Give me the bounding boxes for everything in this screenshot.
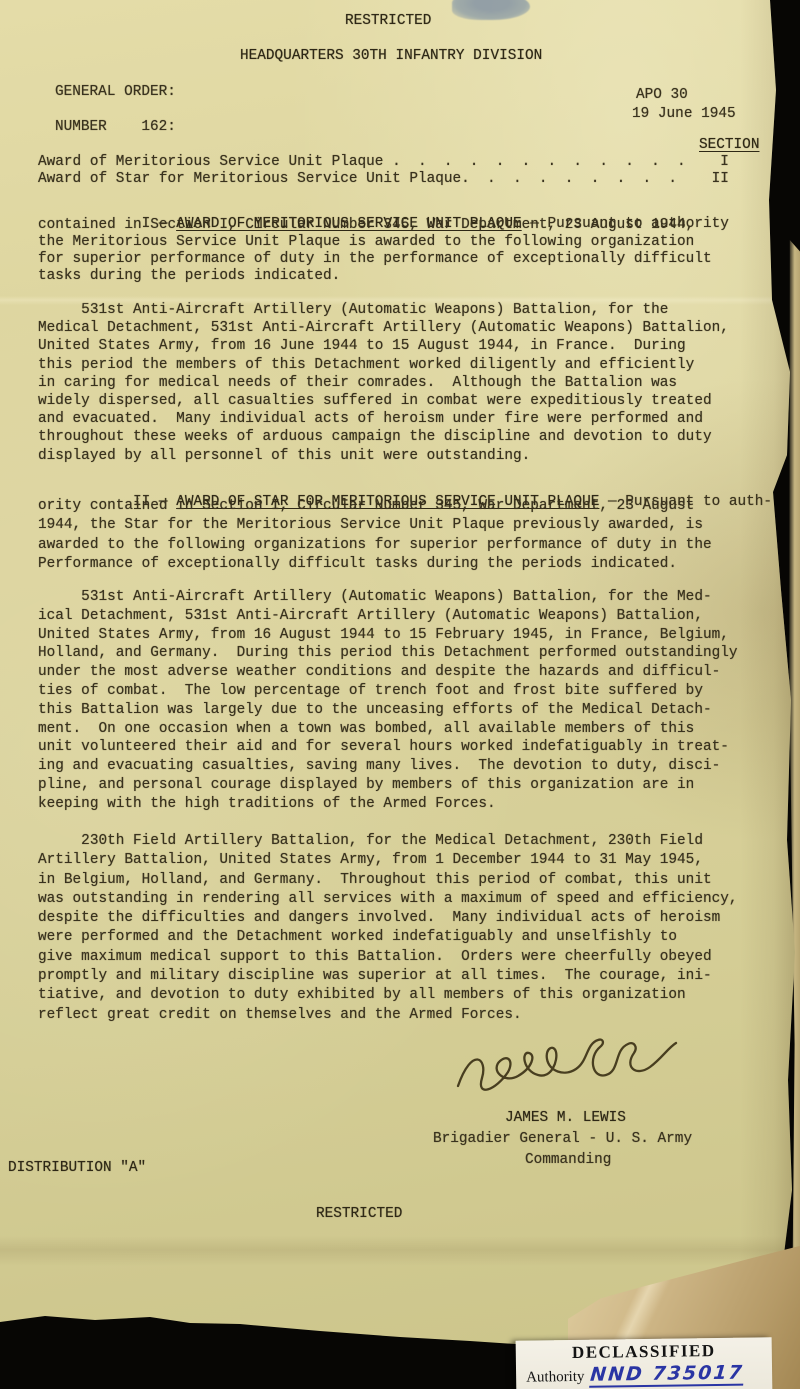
general-order-label: GENERAL ORDER: — [55, 84, 176, 100]
order-date: 19 June 1945 — [632, 106, 736, 122]
classification-footer: RESTRICTED — [316, 1206, 402, 1222]
section2-citation-230: 230th Field Artillery Battalion, for the… — [38, 832, 738, 1025]
signatory-title: Commanding — [525, 1152, 611, 1168]
signatory-rank: Brigadier General - U. S. Army — [433, 1131, 692, 1147]
document-page: RESTRICTED HEADQUARTERS 30TH INFANTRY DI… — [0, 0, 800, 1356]
declassified-authority-row: Authority NND 735017 — [526, 1363, 766, 1388]
headquarters-line: HEADQUARTERS 30TH INFANTRY DIVISION — [240, 48, 542, 64]
toc-entry-2: Award of Star for Meritorious Service Un… — [38, 171, 729, 189]
declassified-stamp: DECLASSIFIED Authority NND 735017 — [516, 1337, 773, 1389]
order-number-line: NUMBER 162: — [55, 119, 176, 135]
section1-lead-body: contained in Section I, Circular Number … — [38, 217, 712, 285]
declassified-stamp-title: DECLASSIFIED — [516, 1340, 772, 1364]
distribution-line: DISTRIBUTION "A" — [8, 1160, 146, 1176]
ink-stain — [452, 0, 530, 20]
apo-number: APO 30 — [636, 87, 688, 103]
signature-handwriting — [448, 1030, 684, 1106]
toc-entry-1: Award of Meritorious Service Unit Plaque… — [38, 154, 729, 172]
authority-label: Authority — [526, 1369, 585, 1387]
section2-citation-531: 531st Anti-Aircraft Artillery (Automatic… — [38, 588, 738, 814]
signatory-name: JAMES M. LEWIS — [505, 1110, 626, 1126]
section1-citation-531: 531st Anti-Aircraft Artillery (Automatic… — [38, 301, 729, 465]
toc-section-header: SECTION — [699, 137, 759, 153]
underlying-page-edge — [788, 240, 800, 1389]
authority-handwritten-number: NND 735017 — [589, 1364, 744, 1388]
section2-lead-body: ority contained in Section I, Circular N… — [38, 497, 712, 574]
scanned-document-view: RESTRICTED HEADQUARTERS 30TH INFANTRY DI… — [0, 0, 800, 1389]
classification-header: RESTRICTED — [345, 13, 431, 29]
